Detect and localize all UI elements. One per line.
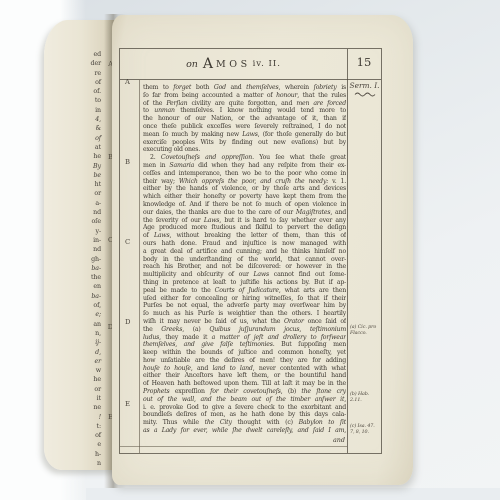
left-page-text-fragment: n [59, 459, 101, 468]
left-page-text-fragments: edderreofof.toin4,&ofatheBybehtora-ndoſe… [59, 50, 101, 468]
text-line: Prophets expreſſion for their covetouſne… [143, 388, 346, 396]
book-page: on A MOS iv. II. 15 ABCDE them to forget… [112, 15, 413, 485]
text-line: thing in pretence at leaſt to juſtifie h… [143, 279, 346, 287]
text-line: which either their honeſty or poverty ha… [143, 193, 346, 201]
left-page-text-fragment: in- [59, 236, 101, 245]
text-line: our daies, the thanks are due to the car… [143, 209, 346, 217]
letters-column-rule [139, 80, 140, 453]
text-line: men in Samaria did when they had any reſ… [143, 162, 346, 170]
left-page-text-fragment: ed [59, 50, 101, 59]
text-line: mity. Thus while the City thought with (… [143, 419, 346, 427]
text-line: houſe to houſe, and land to land, never … [143, 365, 346, 373]
running-title-initial: A [203, 56, 216, 72]
text-line: multiplicity and obſcurity of our Laws c… [143, 271, 346, 279]
text-line: themſelves, and give falſe teſtimonies. … [143, 341, 346, 349]
running-title-word: MOS [216, 59, 251, 70]
left-page-text-fragment: By [59, 162, 101, 171]
left-page-text-fragment: nd [59, 245, 101, 254]
left-page-text-fragment: at [59, 143, 101, 152]
text-line: knowledge of. And if there be not ſo muc… [143, 201, 346, 209]
margin-letter: C [125, 238, 130, 246]
flourish-squiggle-icon [354, 91, 376, 97]
catchword: and [143, 436, 345, 444]
text-line: reach his Brother, and not be diſcovered… [143, 263, 346, 271]
text-line: the honour of our Nation, or the advanta… [143, 115, 346, 123]
text-line: them to forget both God and themſelves, … [143, 84, 346, 92]
left-page-text-fragment: an [59, 320, 101, 329]
header-rule [120, 79, 381, 80]
text-line: boundleſs deſires of men, as he hath don… [143, 411, 346, 419]
text-line: either their Anceſtors have left them, o… [143, 372, 346, 380]
text-line: Age produced more ſtudious and ſkilful t… [143, 224, 346, 232]
text-line: out of the wall, and the beam out of the… [143, 396, 346, 404]
text-line: of Heaven hath beſtowed upon them. Till … [143, 380, 346, 388]
text-line: the ſeverity of our Laws, but it is hard… [143, 217, 346, 225]
left-page-text-fragment: e; [59, 310, 101, 319]
left-page-text-fragment: of, [59, 301, 101, 310]
left-page-text-fragment: of [59, 431, 101, 440]
left-page-text-fragment: oſe [59, 217, 101, 226]
margin-letter: B [125, 158, 130, 166]
left-page-text-fragment: gh- [59, 255, 101, 264]
left-page-text-fragment: re [59, 69, 101, 78]
text-line: ſo far from being accounted a matter of … [143, 92, 346, 100]
left-page-text-fragment: he [59, 152, 101, 161]
text-line: i. e. provoke God to give a ſevere check… [143, 404, 346, 412]
left-page-text-fragment: nd [59, 208, 101, 217]
text-line: 2. Covetouſneſs and oppreſſion. You ſee … [143, 154, 346, 162]
left-page-text-fragment: in [59, 106, 101, 115]
margin-column-rule [347, 49, 348, 453]
page-number: 15 [347, 55, 381, 69]
text-line: exerciſe peoples Wits by finding out new… [143, 139, 346, 147]
margin-letter: E [125, 400, 130, 408]
backdrop-shadow [86, 488, 500, 500]
text-line: of the Perſian civility are quite forgot… [143, 100, 346, 108]
left-page-text-fragment: e [59, 440, 101, 449]
running-title-numerals: iv. II. [253, 59, 281, 69]
left-page-text-fragment: or [59, 189, 101, 198]
text-line: ceſſes and intemperance, then wo be to t… [143, 170, 346, 178]
left-page-text-fragment: ! [59, 413, 101, 422]
text-column: them to forget both God and themſelves, … [143, 84, 346, 435]
text-line: of Laws, without breaking the letter of … [143, 232, 346, 240]
left-page-text-fragment: ij- [59, 338, 101, 347]
left-page-text-fragment: t: [59, 422, 101, 431]
margin-letter: A [125, 78, 130, 86]
left-page-text-fragment: ne [59, 403, 101, 412]
text-line: keep within the bounds of juſtice and co… [143, 349, 346, 357]
left-page-text-fragment: & [59, 124, 101, 133]
left-page-text-fragment: a- [59, 199, 101, 208]
text-bottom-rule [120, 446, 347, 447]
left-page-text-fragment: der [59, 59, 101, 68]
left-page-text-fragment: en [59, 282, 101, 291]
left-page-text-fragment: y- [59, 227, 101, 236]
running-title: on A MOS iv. II. [120, 49, 347, 79]
left-page-text-fragment: he [59, 375, 101, 384]
text-line: uſed either for concealing or hiring wit… [143, 295, 346, 303]
text-line: ſo much as his Purſe is weightier than t… [143, 310, 346, 318]
left-page-text-fragment: ba- [59, 264, 101, 273]
left-page-text-fragment: or [59, 385, 101, 394]
text-line: ours hath done. Fraud and injuſtice is n… [143, 240, 346, 248]
text-line: executing old ones. [143, 146, 346, 154]
left-page-text-fragment: it [59, 394, 101, 403]
text-line: Purſes be not equal, the adverſe party m… [143, 302, 346, 310]
text-line: peal be made to the Courts of Judicature… [143, 287, 346, 295]
left-page-text-fragment: to [59, 96, 101, 105]
text-line: mean ſo much by making new Laws, (for th… [143, 131, 346, 139]
left-page-text-fragment: n, [59, 329, 101, 338]
text-line: how unſatiable are the deſires of men! t… [143, 357, 346, 365]
text-line: ludus, they made it a matter of jeſt and… [143, 334, 346, 342]
left-page-text-fragment: h- [59, 450, 101, 459]
left-page-text-fragment: the [59, 273, 101, 282]
left-page-text-fragment: of [59, 78, 101, 87]
left-page-text-fragment: of. [59, 87, 101, 96]
page-rule-frame: on A MOS iv. II. 15 ABCDE them to forget… [119, 48, 382, 454]
sidenote-citation-b: (b) Hab. 2.11. [350, 392, 380, 403]
text-line: either by the hands of violence, or by t… [143, 185, 346, 193]
text-line: wiſh it may never be ſaid of us, what th… [143, 318, 346, 326]
sidenote-sermon-number: Serm. I. [348, 82, 381, 97]
sidenote-citation-a: (a) Cic. pro Flacco. [350, 325, 380, 336]
margin-letter: D [125, 318, 130, 326]
left-page-text-fragment: of [59, 134, 101, 143]
text-line: a great deal of artifice and cunning; an… [143, 248, 346, 256]
text-line: the Greeks, (a) Quibus juſjurandum jocus… [143, 326, 346, 334]
left-page-text-fragment: ht [59, 180, 101, 189]
text-line: their way; Which oppreſs the poor, and c… [143, 178, 346, 186]
text-line: to unman themſelves. I know nothing woul… [143, 107, 346, 115]
text-line: body in the underſtanding of the world, … [143, 256, 346, 264]
sidenote-citation-c: (c) Isa. 47. 7, 8, 10. [350, 424, 380, 435]
left-page-text-fragment: be [59, 171, 101, 180]
left-page-text-fragment: d, [59, 348, 101, 357]
text-line: as a Lady for ever, while ſhe dwelt care… [143, 427, 346, 435]
running-title-prefix: on [186, 59, 198, 70]
text-line: once theſe publick exceſſes were ſeverel… [143, 123, 346, 131]
left-page-text-fragment: er [59, 357, 101, 366]
left-page-text-fragment: w [59, 366, 101, 375]
left-page-text-fragment: ba- [59, 292, 101, 301]
left-page-text-fragment: 4, [59, 115, 101, 124]
